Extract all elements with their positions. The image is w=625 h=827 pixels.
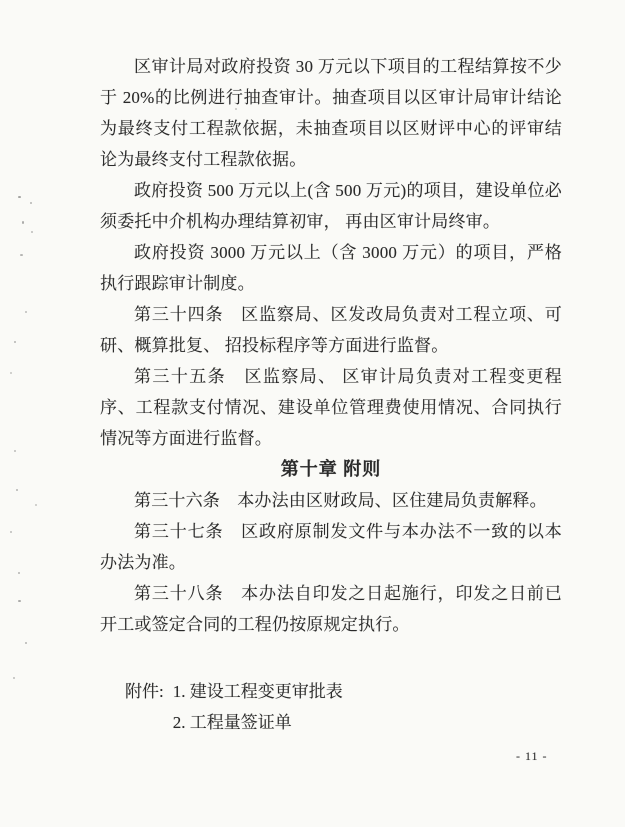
scan-speck xyxy=(35,504,37,506)
paragraph-3000w-projects: 政府投资 3000 万元以上（含 3000 万元）的项目，严格执行跟踪审计制度。 xyxy=(100,237,562,299)
document-page: 区审计局对政府投资 30 万元以下项目的工程结算按不少于 20%的比例进行抽查审… xyxy=(0,0,625,827)
attachment-item-1: 1. 建设工程变更审批表 xyxy=(173,676,343,707)
article-37: 第三十七条 区政府原制发文件与本办法不一致的以本办法为准。 xyxy=(100,516,562,578)
article-36: 第三十六条 本办法由区财政局、区住建局负责解释。 xyxy=(100,485,562,516)
scan-speck xyxy=(14,341,16,343)
attachments-label: 附件: xyxy=(125,676,164,707)
attachment-item-2: 2. 工程量签证单 xyxy=(173,707,343,738)
paragraph-500w-projects: 政府投资 500 万元以上(含 500 万元)的项目，建设单位必须委托中介机构办… xyxy=(100,175,562,237)
document-body: 区审计局对政府投资 30 万元以下项目的工程结算按不少于 20%的比例进行抽查审… xyxy=(100,51,562,640)
scan-speck xyxy=(18,572,20,574)
page-number: - 11 - xyxy=(516,749,548,764)
scan-speck xyxy=(14,450,16,452)
scan-speck xyxy=(30,202,32,204)
scan-speck xyxy=(16,489,18,491)
article-35: 第三十五条 区监察局、 区审计局负责对工程变更程序、工程款支付情况、建设单位管理… xyxy=(100,361,562,454)
scan-speck xyxy=(13,677,15,679)
article-38: 第三十八条 本办法自印发之日起施行，印发之日前已开工或签定合同的工程仍按原规定执… xyxy=(100,578,562,640)
scan-speck xyxy=(18,600,21,602)
scan-speck xyxy=(10,531,12,533)
scan-speck xyxy=(18,196,21,198)
scan-speck xyxy=(235,108,237,110)
scan-speck xyxy=(22,221,24,224)
scan-speck xyxy=(25,642,27,644)
scan-speck xyxy=(10,372,12,374)
scan-speck xyxy=(31,231,33,233)
paragraph-audit-sampling: 区审计局对政府投资 30 万元以下项目的工程结算按不少于 20%的比例进行抽查审… xyxy=(100,51,562,175)
scan-speck xyxy=(25,311,27,313)
chapter-10-heading: 第十章 附则 xyxy=(100,454,562,485)
attachments-list: 1. 建设工程变更审批表 2. 工程量签证单 xyxy=(173,676,343,738)
attachments-section: 附件: 1. 建设工程变更审批表 2. 工程量签证单 xyxy=(100,676,562,738)
article-34: 第三十四条 区监察局、区发改局负责对工程立项、可研、概算批复、 招投标程序等方面… xyxy=(100,299,562,361)
scan-speck xyxy=(20,254,23,256)
